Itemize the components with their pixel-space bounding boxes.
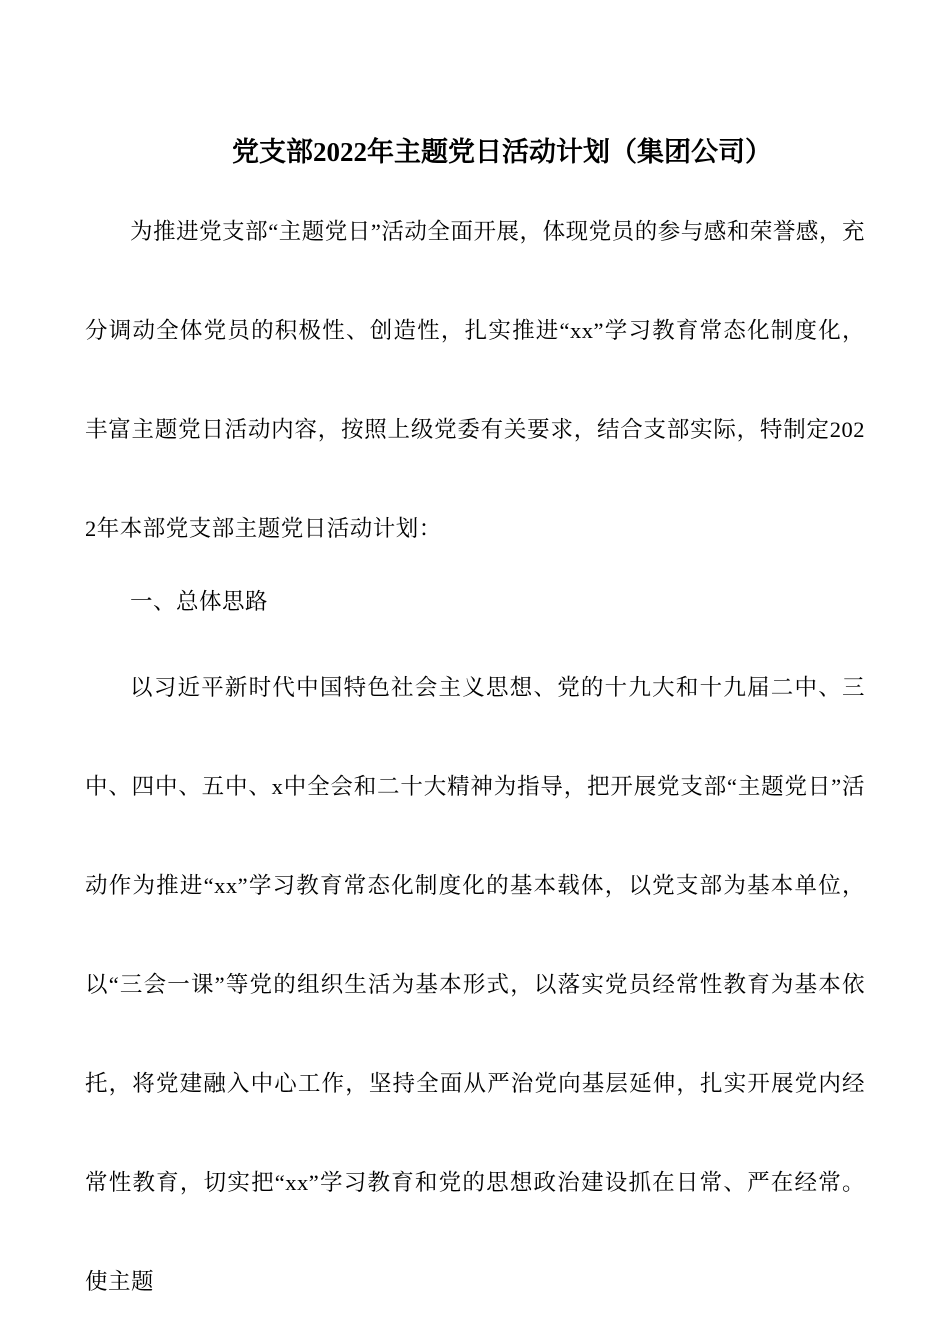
paragraph-overall-approach: 以习近平新时代中国特色社会主义思想、党的十九大和十九届二中、三中、四中、五中、x… [85,638,865,1331]
paragraph-intro: 为推进党支部“主题党日”活动全面开展，体现党员的参与感和荣誉感，充分调动全体党员… [85,182,865,578]
section-heading-overall-approach: 一、总体思路 [85,566,865,638]
document-title: 党支部2022年主题党日活动计划（集团公司） [85,122,865,182]
document-page: 党支部2022年主题党日活动计划（集团公司） 为推进党支部“主题党日”活动全面开… [85,0,865,1331]
